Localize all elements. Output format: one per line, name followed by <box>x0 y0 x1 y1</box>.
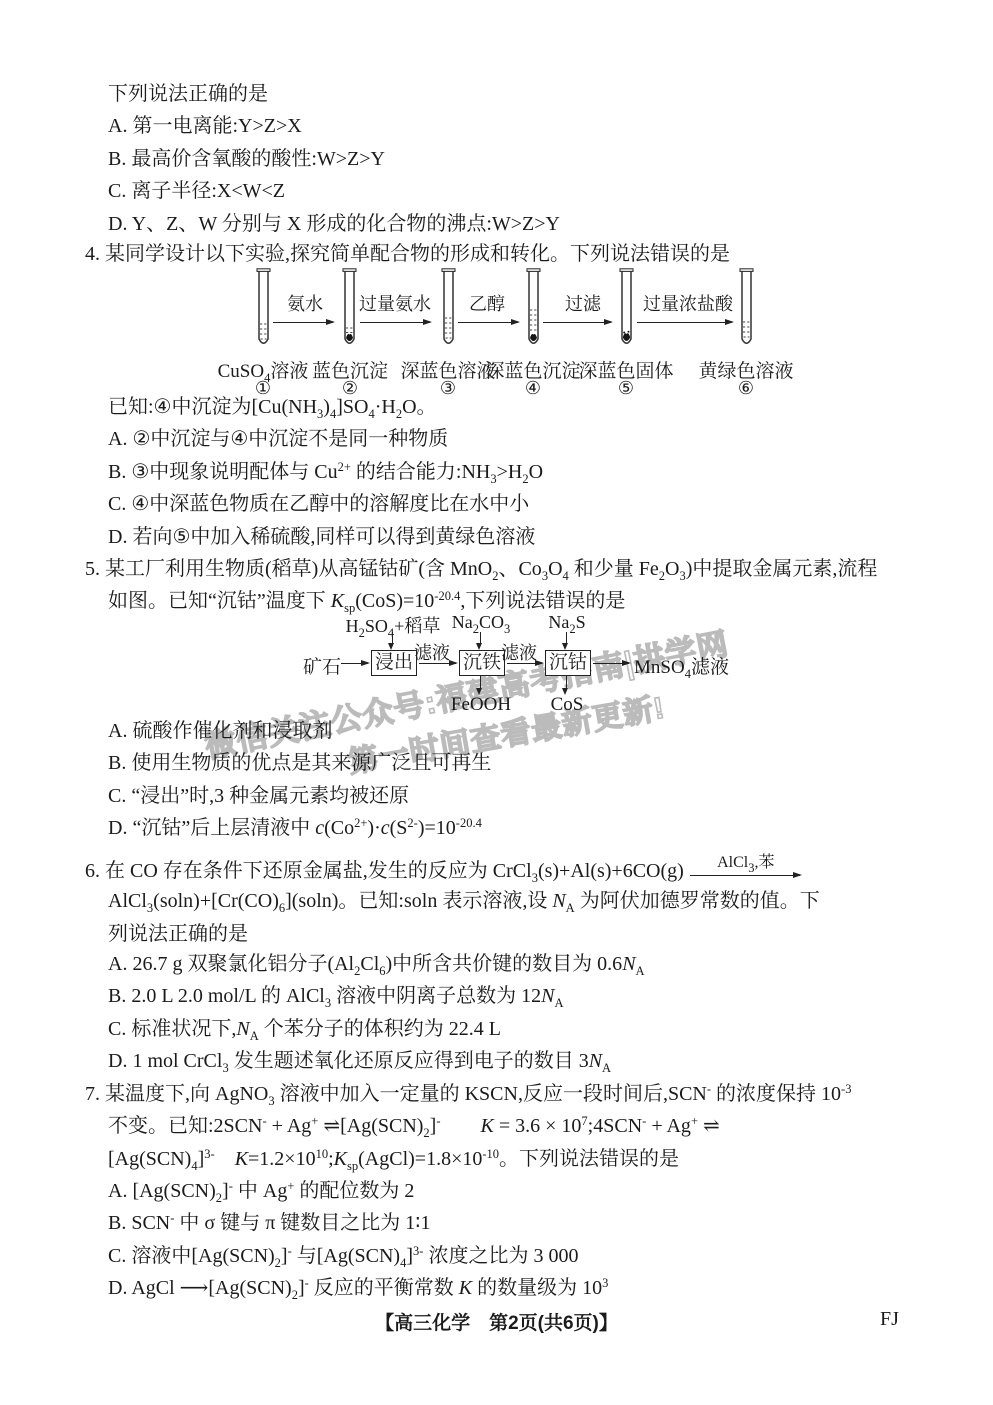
right-arrow-icon <box>458 322 518 323</box>
q5-input-3: Na2S <box>517 612 617 633</box>
q4-option-d: D. 若向⑤中加入稀硫酸,同样可以得到黄绿色溶液 <box>108 521 543 553</box>
q5-option-c: C. “浸出”时,3 种金属元素均被还原 <box>108 780 491 812</box>
q5-process-flow-diagram: H2SO4+稻草 Na2CO3 Na2S 矿石 浸出 滤液 沉铁 滤液 沉钴 M… <box>0 610 993 720</box>
question-6-options: A. 26.7 g 双聚氯化铝分子(Al2Cl6)中所含共价键的数目为 0.6N… <box>108 948 645 1078</box>
q6-arrow-label: AlCl3,苯 <box>690 855 802 871</box>
right-arrow-icon <box>593 663 629 664</box>
question-6-stem: 6. 在 CO 存在条件下还原金属盐,发生的反应为 CrCl3(s)+Al(s)… <box>108 853 820 950</box>
q4-option-a: A. ②中沉淀与④中沉淀不是同一种物质 <box>108 423 543 455</box>
q4-arrow-label-3: 乙醇 <box>447 290 527 316</box>
q6-option-c: C. 标准状况下,NA 个苯分子的体积约为 22.4 L <box>108 1013 645 1045</box>
q4-tube-number-6: ⑥ <box>691 378 801 399</box>
q4-tube-number-5: ⑤ <box>571 378 681 399</box>
paper-code: FJ <box>880 1308 899 1331</box>
q5-option-d: D. “沉钴”后上层清液中 c(Co2+)·c(S2-)=10-20.4 <box>108 812 491 844</box>
q7-option-c: C. 溶液中[Ag(SCN)2]- 与[Ag(SCN)4]3- 浓度之比为 3 … <box>108 1240 608 1272</box>
test-tube-4-icon <box>526 268 541 349</box>
q4-arrow-label-5: 过量浓盐酸 <box>628 290 748 316</box>
right-arrow-icon <box>360 322 430 323</box>
question-5-options: A. 硫酸作催化剂和浸取剂 B. 使用生物质的优点是其来源广泛且可再生 C. “… <box>108 715 491 845</box>
down-arrow-icon <box>392 632 393 643</box>
question-7-stem: 7. 某温度下,向 AgNO3 溶液中加入一定量的 KSCN,反应一段时间后,S… <box>108 1078 851 1175</box>
q5-start-node: 矿石 <box>303 652 341 679</box>
q6-stem-text: 6. 在 CO 存在条件下还原金属盐,发生的反应为 CrCl3(s)+Al(s)… <box>85 860 684 882</box>
right-arrow-icon <box>419 663 456 664</box>
q6-option-a: A. 26.7 g 双聚氯化铝分子(Al2Cl6)中所含共价键的数目为 0.6N… <box>108 948 645 980</box>
q5-option-a: A. 硫酸作催化剂和浸取剂 <box>108 715 491 747</box>
question-3-tail: 下列说法正确的是 A. 第一电离能:Y>Z>X B. 最高价含氧酸的酸性:W>Z… <box>108 78 560 240</box>
q5-output-feooh: FeOOH <box>446 694 516 716</box>
question-7-options: A. [Ag(SCN)2]- 中 Ag+ 的配位数为 2 B. SCN- 中 σ… <box>108 1175 608 1305</box>
q7-stem-line-3: [Ag(SCN)4]3- K=1.2×1010;Ksp(AgCl)=1.8×10… <box>108 1143 851 1175</box>
q3-option-d: D. Y、Z、W 分别与 X 形成的化合物的沸点:W>Z>Y <box>108 208 560 240</box>
q3-option-b: B. 最高价含氧酸的酸性:W>Z>Y <box>108 143 560 175</box>
q5-stem-line-1: 5. 某工厂利用生物质(稻草)从高锰钴矿(含 MnO2、Co3O4 和少量 Fe… <box>85 553 877 585</box>
q4-arrow-label-4: 过滤 <box>543 290 623 316</box>
down-arrow-icon <box>566 632 567 643</box>
reaction-condition-arrow: AlCl3,苯 <box>690 853 802 883</box>
q5-output-cos: CoS <box>537 694 597 716</box>
q5-box-cobalt-precipitation: 沉钴 <box>545 650 591 676</box>
exam-page: 微信关注公众号:福建高考指南|拱学网 第一时间查看最新更新! 下列说法正确的是 … <box>0 0 993 1405</box>
q3-option-a: A. 第一电离能:Y>Z>X <box>108 110 560 142</box>
q6-option-b: B. 2.0 L 2.0 mol/L 的 AlCl3 溶液中阴离子总数为 12N… <box>108 980 645 1012</box>
q4-arrow-label-2: 过量氨水 <box>345 290 445 316</box>
right-arrow-icon <box>690 875 800 876</box>
question-4-options: 已知:④中沉淀为[Cu(NH3)4]SO4·H2O。 A. ②中沉淀与④中沉淀不… <box>108 391 543 553</box>
q7-option-a: A. [Ag(SCN)2]- 中 Ag+ 的配位数为 2 <box>108 1175 608 1207</box>
q4-option-b: B. ③中现象说明配体与 Cu2+ 的结合能力:NH3>H2O <box>108 456 543 488</box>
q6-stem-line-1: 6. 在 CO 存在条件下还原金属盐,发生的反应为 CrCl3(s)+Al(s)… <box>85 853 820 885</box>
q4-arrow-label-1: 氨水 <box>265 290 345 316</box>
right-arrow-icon <box>273 322 333 323</box>
right-arrow-icon <box>507 663 542 664</box>
q6-stem-line-3: 列说法正确的是 <box>108 918 820 950</box>
right-arrow-icon <box>341 663 368 664</box>
q7-option-d: D. AgCl ⟶[Ag(SCN)2]- 反应的平衡常数 K 的数量级为 103 <box>108 1272 608 1304</box>
question-5-stem: 5. 某工厂利用生物质(稻草)从高锰钴矿(含 MnO2、Co3O4 和少量 Fe… <box>108 553 877 618</box>
q3-option-c: C. 离子半径:X<W<Z <box>108 175 560 207</box>
q6-stem-line-2: AlCl3(soln)+[Cr(CO)6](soln)。已知:soln 表示溶液… <box>108 885 820 917</box>
q5-end-node: MnSO4滤液 <box>634 652 729 679</box>
down-arrow-icon <box>566 676 567 688</box>
down-arrow-icon <box>480 676 481 688</box>
q5-option-b: B. 使用生物质的优点是其来源广泛且可再生 <box>108 747 491 779</box>
q7-option-b: B. SCN- 中 σ 键与 π 键数目之比为 1∶1 <box>108 1207 608 1239</box>
q4-experiment-diagram: 氨水 过量氨水 乙醇 过滤 过量浓盐酸 CuSO4溶液 蓝色沉淀 深蓝色溶液 深… <box>0 266 993 394</box>
q6-option-d: D. 1 mol CrCl3 发生题述氧化还原反应得到电子的数目 3NA <box>108 1045 645 1077</box>
q7-stem-line-2: 不变。已知:2SCN- + Ag+ ⇌[Ag(SCN)2]- K = 3.6 ×… <box>108 1110 851 1142</box>
q4-known: 已知:④中沉淀为[Cu(NH3)4]SO4·H2O。 <box>108 391 543 423</box>
q5-input-2: Na2CO3 <box>431 612 531 633</box>
q3-intro: 下列说法正确的是 <box>108 78 560 110</box>
right-arrow-icon <box>637 322 732 323</box>
down-arrow-icon <box>480 632 481 643</box>
q4-option-c: C. ④中深蓝色物质在乙醇中的溶解度比在水中小 <box>108 488 543 520</box>
right-arrow-icon <box>543 322 611 323</box>
page-footer: 【高三化学 第2页(共6页)】 <box>0 1308 993 1335</box>
q7-stem-line-1: 7. 某温度下,向 AgNO3 溶液中加入一定量的 KSCN,反应一段时间后,S… <box>85 1078 851 1110</box>
